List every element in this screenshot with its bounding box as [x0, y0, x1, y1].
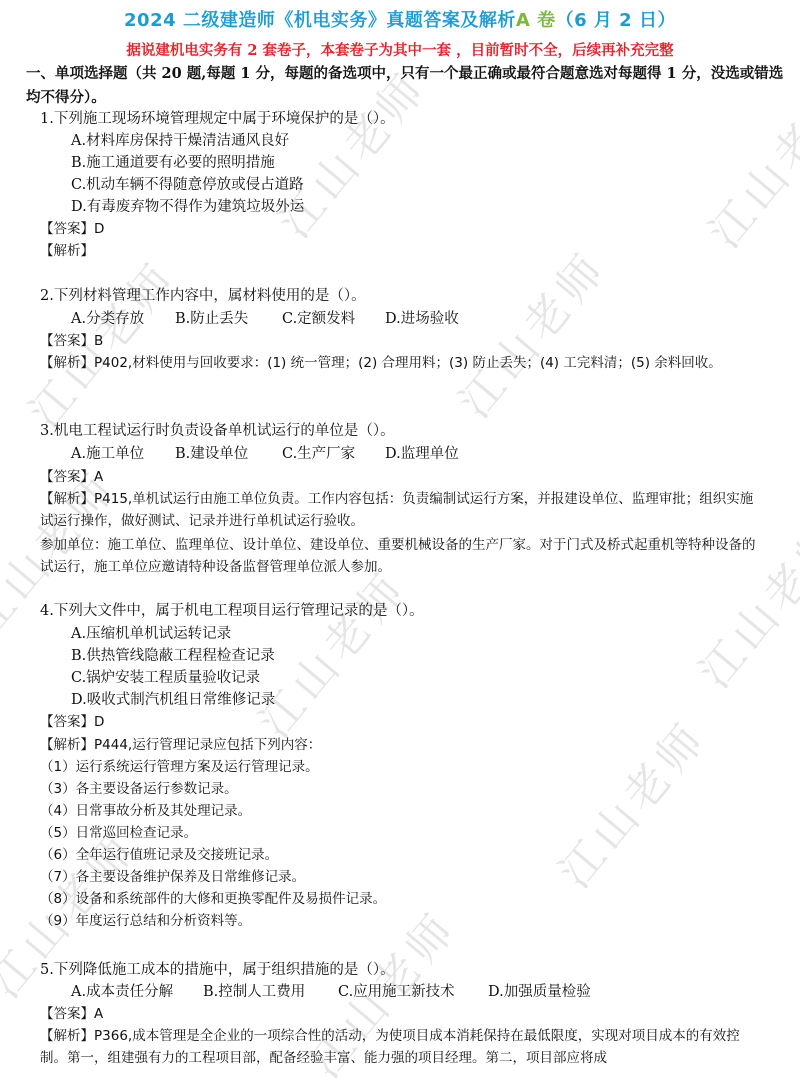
option: D.加强质量检验	[488, 982, 591, 1002]
list-item: （9）年度运行总结和分析资料等。	[40, 911, 251, 931]
option: D.有毒废弃物不得作为建筑垃圾外运	[71, 197, 304, 217]
question-stem: 5.下列降低施工成本的措施中，属于组织措施的是（）。	[40, 960, 395, 980]
analysis-text: 【解析】P366,成本管理是全企业的一项综合性的活动，为使项目成本消耗保持在最低…	[40, 1025, 760, 1069]
list-item: （5）日常巡回检查记录。	[40, 823, 197, 843]
options-row: A.分类存放B.防止丢失C.定额发料D.进场验收	[71, 309, 459, 329]
list-item: （3）各主要设备运行参数记录。	[40, 779, 238, 799]
option: C.锅炉安装工程质量验收记录	[71, 668, 260, 688]
watermark: 江山老师	[441, 235, 619, 429]
question-stem: 3.机电工程试运行时负责设备单机试运行的单位是（）。	[40, 421, 395, 441]
answer-label: 【答案】A	[40, 1004, 103, 1024]
list-item: （1）运行系统运行管理方案及运行管理记录。	[40, 757, 319, 777]
option: B.施工通道要有必要的照明措施	[71, 153, 275, 173]
option: D.吸收式制汽机组日常维修记录	[71, 690, 275, 710]
question-stem: 4.下列大文件中，属于机电工程项目运行管理记录的是（）。	[40, 601, 424, 621]
option: A.材料库房保持干燥清洁通风良好	[71, 131, 289, 151]
option: A.施工单位	[71, 444, 175, 464]
question-stem: 1.下列施工现场环境管理规定中属于环境保护的是（）。	[40, 109, 395, 129]
list-item: （6）全年运行值班记录及交接班记录。	[40, 845, 278, 865]
option: B.防止丢失	[175, 309, 282, 329]
title-date: （6 月 2 日）	[556, 10, 676, 31]
watermark: 江山老师	[541, 705, 719, 899]
option: D.监理单位	[385, 444, 459, 464]
answer-label: 【答案】D	[40, 712, 104, 732]
page-title: 2024 二级建造师《机电实务》真题答案及解析A 卷（6 月 2 日）	[0, 6, 800, 32]
analysis-text: 【解析】P444,运行管理记录应包括下列内容：	[40, 735, 321, 755]
option: A.成本责任分解	[71, 982, 203, 1002]
list-item: （4）日常事故分析及其处理记录。	[40, 801, 251, 821]
answer-label: 【答案】B	[40, 331, 103, 351]
section-heading: 一、单项选择题（共 20 题,每题 1 分，每题的备选项中，只有一个最正确或最符…	[26, 62, 786, 110]
list-item: （8）设备和系统部件的大修和更换零配件及易损件记录。	[40, 889, 386, 909]
option: A.分类存放	[71, 309, 175, 329]
option: C.应用施工新技术	[338, 982, 488, 1002]
analysis-text: 【解析】P415,单机试运行由施工单位负责。工作内容包括：负责编制试运行方案，并…	[40, 488, 760, 532]
option: C.机动车辆不得随意停放或侵占道路	[71, 175, 304, 195]
option: C.定额发料	[282, 309, 385, 329]
answer-label: 【答案】A	[40, 467, 103, 487]
title-accent: A 卷	[516, 10, 556, 31]
answer-label: 【答案】D	[40, 219, 104, 239]
title-text: 2024 二级建造师《机电实务》真题答案及解析	[124, 10, 516, 31]
option: B.供热管线隐蔽工程程检查记录	[71, 646, 275, 666]
analysis-label: 【解析】	[40, 241, 94, 261]
options-row: A.成本责任分解B.控制人工费用C.应用施工新技术D.加强质量检验	[71, 982, 591, 1002]
analysis-extra: 参加单位：施工单位、监理单位、设计单位、建设单位、重要机械设备的生产厂家。对于门…	[40, 534, 760, 578]
option: C.生产厂家	[282, 444, 385, 464]
list-item: （7）各主要设备维护保养及日常维修记录。	[40, 867, 305, 887]
option: A.压缩机单机试运转记录	[71, 624, 231, 644]
option: B.控制人工费用	[203, 982, 338, 1002]
question-stem: 2.下列材料管理工作内容中，属材料使用的是（）。	[40, 286, 366, 306]
option: B.建设单位	[175, 444, 282, 464]
notice-banner: 据说建机电实务有 2 套卷子，本套卷子为其中一套 ，目前暂时不全，后续再补充完整	[0, 39, 800, 60]
options-row: A.施工单位B.建设单位C.生产厂家D.监理单位	[71, 444, 459, 464]
analysis-text: 【解析】P402,材料使用与回收要求：(1) 统一管理；(2) 合理用料；(3)…	[40, 352, 760, 374]
option: D.进场验收	[385, 309, 459, 329]
document-page: 江山老师 江山老师 江山老师 江山老师 江山老师 江山老师 江山老师 江山老师 …	[0, 0, 800, 1084]
